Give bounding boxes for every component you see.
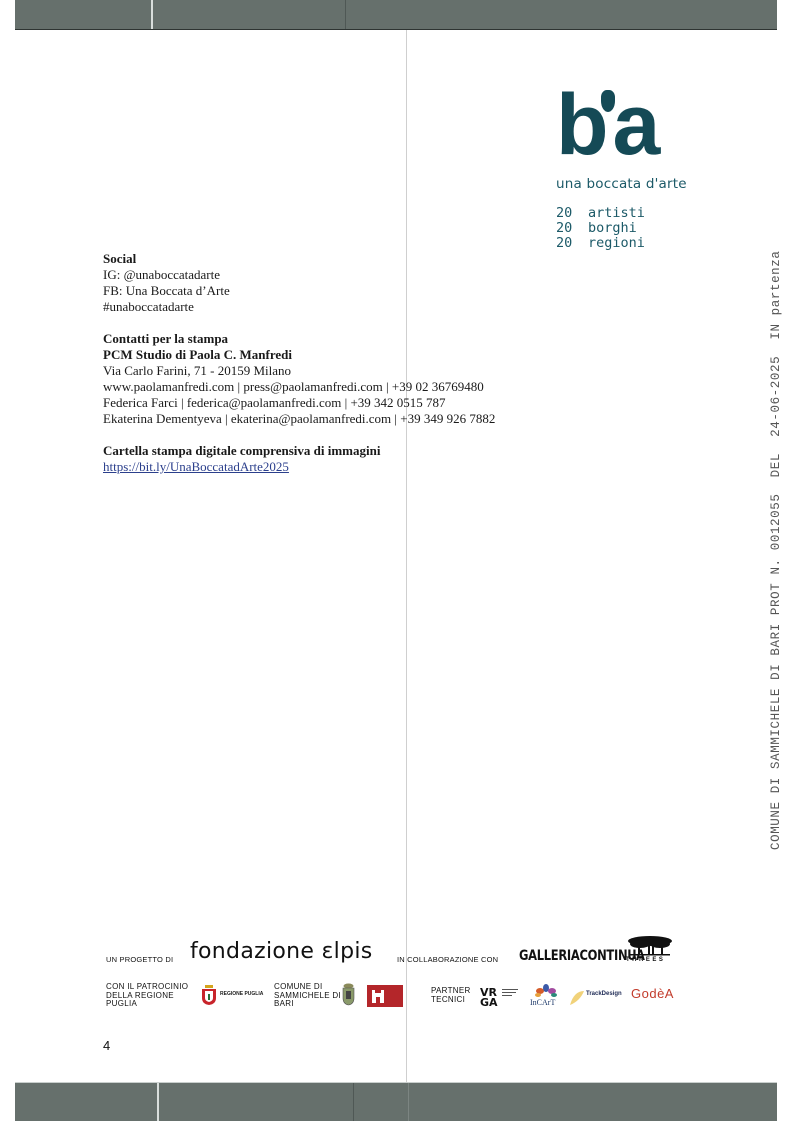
regione-puglia-crest-icon: [201, 985, 217, 1005]
scan-border-top: [15, 0, 777, 30]
social-hashtag: #unaboccatadarte: [103, 299, 495, 315]
press-kit-heading: Cartella stampa digitale comprensiva di …: [103, 443, 495, 459]
vr-logo-icon: VR GA: [480, 985, 520, 1007]
scan-border-bottom: [15, 1082, 777, 1121]
patronage-label: Con il patrocinio della Regione Puglia: [106, 983, 196, 1009]
protocol-stamp: COMUNE DI SAMMICHELE DI BARI PROT N. 001…: [769, 251, 783, 851]
trackdesign-label: TrackDesign: [586, 991, 622, 997]
boccata-darte-logo: ba una boccata d'arte 20artisti 20borghi…: [556, 90, 687, 251]
drop-apostrophe-icon: [601, 90, 615, 112]
comune-crest-icon: [341, 983, 356, 1007]
page-fold-line: [406, 30, 407, 1082]
press-contact-ekaterina: Ekaterina Dementyeva | ekaterina@paolama…: [103, 411, 495, 427]
borghi-badge-icon: [367, 985, 403, 1007]
contact-content: Social IG: @unaboccatadarte FB: Una Bocc…: [103, 251, 495, 491]
social-instagram: IG: @unaboccatadarte: [103, 267, 495, 283]
stat-row: 20artisti: [556, 206, 687, 221]
project-label: Un progetto di: [106, 955, 173, 964]
stat-row: 20regioni: [556, 236, 687, 251]
press-web-line: www.paolamanfredi.com | press@paolamanfr…: [103, 379, 495, 395]
stat-row: 20borghi: [556, 221, 687, 236]
press-kit-section: Cartella stampa digitale comprensiva di …: [103, 443, 495, 475]
logo-stats: 20artisti 20borghi 20regioni: [556, 206, 687, 251]
svg-text:GA: GA: [480, 996, 498, 1007]
social-heading: Social: [103, 251, 495, 267]
press-studio: PCM Studio di Paola C. Manfredi: [103, 347, 495, 363]
ba-logo-mark: ba: [556, 90, 687, 164]
press-address: Via Carlo Farini, 71 - 20159 Milano: [103, 363, 495, 379]
incart-label: InCArT: [530, 998, 555, 1007]
partner-label: Partner tecnici: [431, 987, 471, 1004]
regione-puglia-label: REGIONE PUGLIA: [220, 991, 263, 997]
collab-label: In collaborazione con: [397, 955, 498, 964]
social-section: Social IG: @unaboccatadarte FB: Una Bocc…: [103, 251, 495, 315]
comune-label: Comune di Sammichele di Bari: [274, 983, 344, 1009]
press-kit-link[interactable]: https://bit.ly/UnaBoccatadArte2025: [103, 459, 289, 474]
fondazione-elpis-logo: fondazione ɛlpis: [190, 939, 373, 964]
press-heading: Contatti per la stampa: [103, 331, 495, 347]
godea-logo: GodèA: [631, 986, 674, 1001]
threes-label: THREES: [626, 957, 665, 963]
social-facebook: FB: Una Boccata d’Arte: [103, 283, 495, 299]
logo-tagline: una boccata d'arte: [556, 176, 687, 192]
page-number: 4: [103, 1038, 110, 1053]
press-contact-federica: Federica Farci | federica@paolamanfredi.…: [103, 395, 495, 411]
press-contacts-section: Contatti per la stampa PCM Studio di Pao…: [103, 331, 495, 427]
